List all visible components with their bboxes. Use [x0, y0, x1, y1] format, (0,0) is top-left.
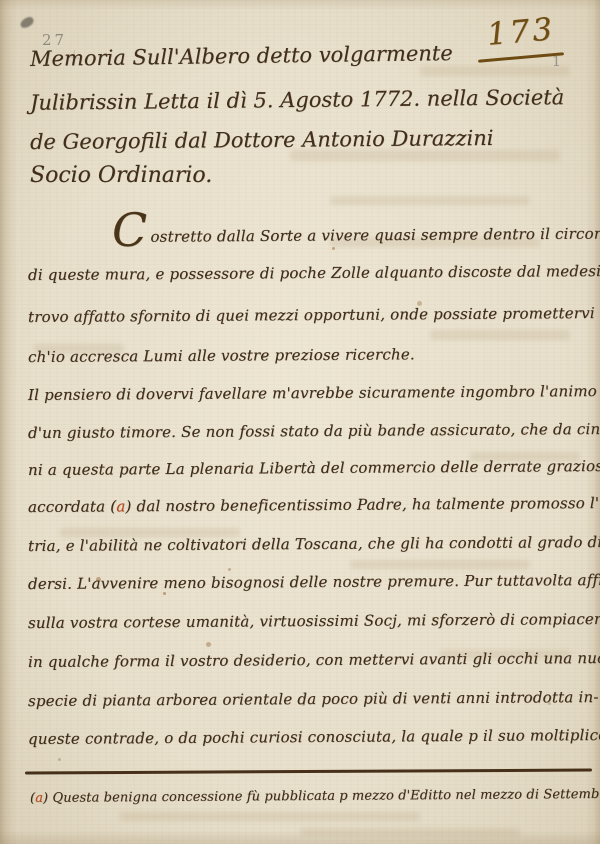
manuscript-line: Il pensiero di dovervi favellare m'avreb…: [28, 382, 594, 404]
verso-show-through: [350, 560, 530, 569]
footnote-ref-letter: a: [35, 791, 43, 806]
manuscript-line: accordata (a) dal nostro beneficentissim…: [28, 494, 594, 516]
ink-smudge: [19, 15, 35, 29]
verso-show-through: [430, 330, 570, 340]
manuscript-line: d'un giusto timore. Se non fossi stato d…: [28, 420, 594, 442]
manuscript-line: queste contrade, o da pochi curiosi cono…: [28, 726, 594, 748]
footnote-separator-rule: [25, 769, 592, 774]
manuscript-line: in qualche forma il vostro desiderio, co…: [28, 649, 594, 671]
title-line-1: Memoria Sull'Albero detto volgarmente: [30, 41, 453, 71]
manuscript-line: di queste mura, e possessore di poche Zo…: [28, 262, 594, 284]
verso-show-through: [120, 812, 420, 821]
manuscript-line: tria, e l'abilità ne coltivatori della T…: [28, 533, 594, 555]
manuscript-line-text: ostretto dalla Sorte a vivere quasi semp…: [150, 224, 600, 245]
ink-speck-cluster: [0, 0, 3, 3]
manuscript-line: dersi. L'avvenire meno bisognosi delle n…: [28, 571, 594, 593]
verso-show-through: [330, 196, 530, 205]
title-line-3: de Georgofili dal Dottore Antonio Durazz…: [30, 126, 494, 154]
manuscript-line: ni a questa parte La plenaria Libertà de…: [28, 457, 594, 479]
title-line-4: Socio Ordinario.: [30, 163, 212, 188]
stamped-page-number: 1: [552, 54, 561, 70]
title-line-2: Julibrissin Letta il dì 5. Agosto 1772. …: [30, 85, 564, 115]
manuscript-line: ch'io accresca Lumi alle vostre preziose…: [28, 344, 594, 366]
manuscript-line-text: accordata: [28, 497, 110, 516]
verso-show-through: [420, 66, 570, 76]
footnote-text: Questa benigna concessione fù pubblicata…: [48, 786, 600, 805]
folio-number: 173: [486, 11, 557, 53]
manuscript-line: trovo affatto sfornito di quei mezzi opp…: [28, 304, 594, 326]
drop-cap-initial: C: [112, 203, 148, 257]
manuscript-page: 27 173 1 Memoria Sull'Albero detto volga…: [0, 0, 600, 844]
verso-show-through: [300, 828, 520, 836]
manuscript-line: Costretto dalla Sorte a vivere quasi sem…: [112, 222, 600, 246]
manuscript-line-text: dal nostro beneficentissimo Padre, ha ta…: [131, 494, 600, 516]
manuscript-line: specie di pianta arborea orientale da po…: [28, 688, 594, 710]
manuscript-line: sulla vostra cortese umanità, virtuosiss…: [28, 610, 594, 632]
verso-show-through: [290, 150, 560, 161]
footnote: (a) Questa benigna concessione fù pubbli…: [30, 787, 594, 806]
